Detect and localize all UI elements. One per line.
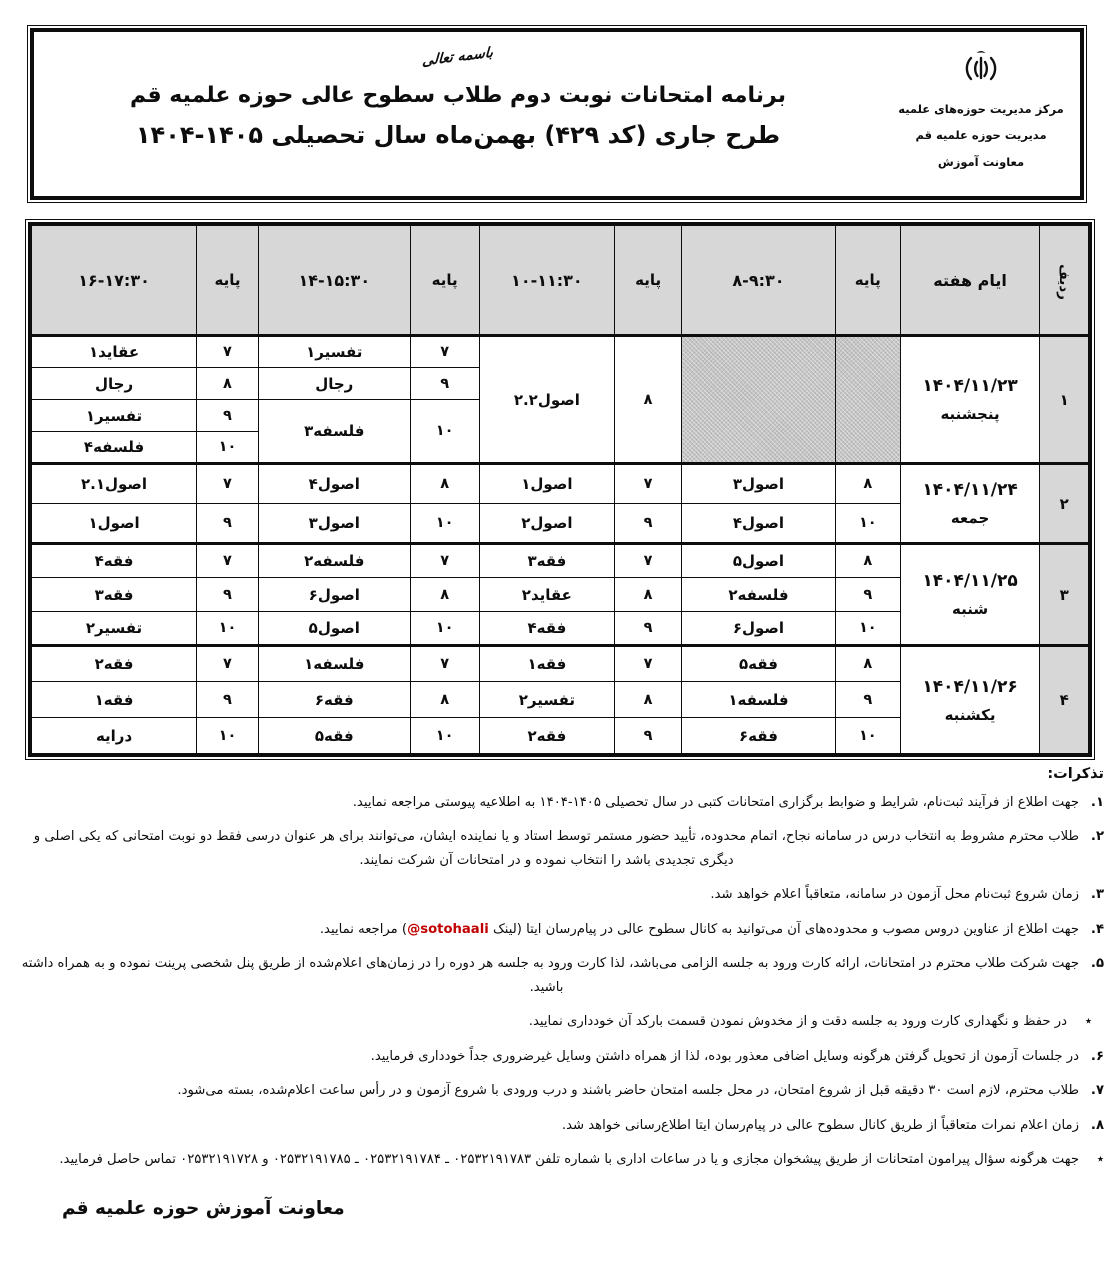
grade-cell: ۸ bbox=[835, 646, 900, 682]
grade-cell: ۱۰ bbox=[197, 612, 259, 646]
note-item: ٭جهت هرگونه سؤال پیرامون امتحانات از طری… bbox=[14, 1150, 1104, 1170]
note-text: جهت شرکت طلاب محترم در امتحانات، ارائه ک… bbox=[14, 954, 1079, 998]
grade-cell: ۷ bbox=[410, 544, 479, 578]
header-days: ایام هفته bbox=[900, 226, 1040, 336]
exam-subject-cell: فلسفه۲ bbox=[682, 578, 836, 612]
exam-subject-cell: فقه۵ bbox=[682, 646, 836, 682]
row-number-cell: ۴ bbox=[1040, 646, 1089, 754]
note-text: زمان اعلام نمرات متعاقباً از طریق کانال … bbox=[14, 1116, 1079, 1136]
grade-cell: ۹ bbox=[197, 578, 259, 612]
exam-subject-cell: فقه۳ bbox=[32, 578, 197, 612]
exam-subject-cell: اصول۲.۱ bbox=[32, 464, 197, 504]
header-grade-4: پایه bbox=[197, 226, 259, 336]
header-time-16-1730: ۱۶-۱۷:۳۰ bbox=[32, 226, 197, 336]
note-marker: ۱. bbox=[1088, 793, 1104, 813]
blocked-slot-cell bbox=[682, 336, 836, 464]
exam-subject-cell: فلسفه۱ bbox=[258, 646, 410, 682]
schedule-subrow: ۲۱۴۰۴/۱۱/۲۴جمعه۸اصول۳۷اصول۱۸اصول۴۷اصول۲.… bbox=[32, 464, 1089, 504]
note-item: ۷.طلاب محترم، لازم است ۳۰ دقیقه قبل از ش… bbox=[14, 1081, 1104, 1101]
grade-cell: ۱۰ bbox=[410, 400, 479, 464]
notes-heading: تذکرات: bbox=[14, 766, 1104, 782]
exam-schedule-table-wrap: ردیف ایام هفته پایه ۸-۹:۳۰ پایه ۱۰-۱۱:۳۰… bbox=[28, 222, 1092, 757]
note-item: ۲.طلاب محترم مشروط به انتخاب درس در ساما… bbox=[14, 827, 1104, 871]
schedule-subrow: ۳۱۴۰۴/۱۱/۲۵شنبه۸اصول۵۷فقه۳۷فلسفه۲۷فقه۴ bbox=[32, 544, 1089, 578]
note-marker: ۲. bbox=[1088, 827, 1104, 847]
date-cell: ۱۴۰۴/۱۱/۲۴جمعه bbox=[900, 464, 1040, 544]
exam-subject-cell: فقه۲ bbox=[32, 646, 197, 682]
header-time-10-1130: ۱۰-۱۱:۳۰ bbox=[479, 226, 615, 336]
grade-cell: ۹ bbox=[615, 612, 682, 646]
exam-subject-cell: اصول۱ bbox=[479, 464, 615, 504]
exam-subject-cell: تفسیر۲ bbox=[32, 612, 197, 646]
exam-subject-cell: اصول۵ bbox=[258, 612, 410, 646]
header-grade-2: پایه bbox=[615, 226, 682, 336]
grade-cell: ۸ bbox=[615, 682, 682, 718]
exam-subject-cell: تفسیر۱ bbox=[32, 400, 197, 432]
date-cell: ۱۴۰۴/۱۱/۲۵شنبه bbox=[900, 544, 1040, 646]
grade-cell: ۹ bbox=[835, 682, 900, 718]
note-marker: ٭ bbox=[1076, 1012, 1092, 1032]
grade-cell: ۷ bbox=[615, 464, 682, 504]
grade-cell: ۸ bbox=[410, 682, 479, 718]
grade-cell: ۸ bbox=[197, 368, 259, 400]
exam-subject-cell: اصول۶ bbox=[258, 578, 410, 612]
header-time-8-930: ۸-۹:۳۰ bbox=[682, 226, 836, 336]
grade-cell: ۱۰ bbox=[410, 718, 479, 754]
note-item: ۸.زمان اعلام نمرات متعاقباً از طریق کانا… bbox=[14, 1116, 1104, 1136]
schedule-subrow: ۱۱۴۰۴/۱۱/۲۳پنجشنبه۸اصول۲.۲۷تفسیر۱۷عقاید۱ bbox=[32, 336, 1089, 368]
grade-cell: ۱۰ bbox=[197, 718, 259, 754]
row-number-cell: ۳ bbox=[1040, 544, 1089, 646]
note-marker: ۵. bbox=[1088, 954, 1104, 974]
exam-subject-cell: فلسفه۱ bbox=[682, 682, 836, 718]
exam-subject-cell: اصول۱ bbox=[32, 504, 197, 544]
grade-cell: ۷ bbox=[410, 336, 479, 368]
note-marker: ۷. bbox=[1088, 1081, 1104, 1101]
note-item: ۱.جهت اطلاع از فرآیند ثبت‌نام، شرایط و ض… bbox=[14, 793, 1104, 813]
table-header-row: ردیف ایام هفته پایه ۸-۹:۳۰ پایه ۱۰-۱۱:۳۰… bbox=[32, 226, 1089, 336]
sotohaali-link[interactable]: @sotohaali bbox=[407, 922, 489, 937]
grade-cell: ۹ bbox=[410, 368, 479, 400]
grade-cell: ۱۰ bbox=[410, 612, 479, 646]
grade-cell: ۹ bbox=[197, 504, 259, 544]
exam-subject-cell: فقه۶ bbox=[258, 682, 410, 718]
grade-cell: ۷ bbox=[615, 544, 682, 578]
note-text: جهت اطلاع از عناوین دروس مصوب و محدوده‌ه… bbox=[14, 920, 1079, 940]
exam-subject-cell: فلسفه۴ bbox=[32, 432, 197, 464]
note-marker: ۸. bbox=[1088, 1116, 1104, 1136]
exam-subject-cell: رجال bbox=[32, 368, 197, 400]
exam-subject-cell: عقاید۱ bbox=[32, 336, 197, 368]
grade-cell: ۹ bbox=[835, 578, 900, 612]
grade-cell: ۷ bbox=[410, 646, 479, 682]
note-marker: ۳. bbox=[1088, 885, 1104, 905]
note-text: در جلسات آزمون از تحویل گرفتن هرگونه وسا… bbox=[14, 1047, 1079, 1067]
org-line-3: معاونت آموزش bbox=[938, 149, 1024, 175]
header-grade-1: پایه bbox=[835, 226, 900, 336]
grade-cell: ۱۰ bbox=[410, 504, 479, 544]
exam-subject-cell: فقه۶ bbox=[682, 718, 836, 754]
blocked-grade-cell bbox=[835, 336, 900, 464]
note-text: در حفظ و نگهداری کارت ورود به جلسه دقت و… bbox=[14, 1012, 1067, 1032]
exam-subject-cell: اصول۲ bbox=[479, 504, 615, 544]
exam-subject-cell: فقه۴ bbox=[32, 544, 197, 578]
note-text: زمان شروع ثبت‌نام محل آزمون در سامانه، م… bbox=[14, 885, 1079, 905]
grade-cell: ۸ bbox=[615, 336, 682, 464]
note-text: جهت هرگونه سؤال پیرامون امتحانات از طریق… bbox=[14, 1150, 1079, 1170]
grade-cell: ۷ bbox=[197, 336, 259, 368]
exam-subject-cell: فقه۴ bbox=[479, 612, 615, 646]
grade-cell: ۷ bbox=[615, 646, 682, 682]
grade-cell: ۹ bbox=[197, 400, 259, 432]
org-line-2: مدیریت حوزه علمیه قم bbox=[915, 122, 1046, 148]
header-row-no: ردیف bbox=[1040, 226, 1089, 336]
row-number-cell: ۲ bbox=[1040, 464, 1089, 544]
grade-cell: ۸ bbox=[835, 464, 900, 504]
exam-subject-cell: فقه۱ bbox=[479, 646, 615, 682]
grade-cell: ۱۰ bbox=[835, 612, 900, 646]
document-subtitle: طرح جاری (کد ۴۲۹) بهمن‌ماه سال تحصیلی ۱۴… bbox=[34, 121, 882, 149]
grade-cell: ۱۰ bbox=[835, 718, 900, 754]
note-text: طلاب محترم مشروط به انتخاب درس در سامانه… bbox=[14, 827, 1079, 871]
exam-subject-cell: فلسفه۳ bbox=[258, 400, 410, 464]
grade-cell: ۸ bbox=[410, 464, 479, 504]
note-text: جهت اطلاع از فرآیند ثبت‌نام، شرایط و ضوا… bbox=[14, 793, 1079, 813]
grade-cell: ۷ bbox=[197, 646, 259, 682]
note-item: ۳.زمان شروع ثبت‌نام محل آزمون در سامانه،… bbox=[14, 885, 1104, 905]
exam-subject-cell: اصول۲.۲ bbox=[479, 336, 615, 464]
date-cell: ۱۴۰۴/۱۱/۲۳پنجشنبه bbox=[900, 336, 1040, 464]
header-grade-3: پایه bbox=[410, 226, 479, 336]
exam-subject-cell: عقاید۲ bbox=[479, 578, 615, 612]
document-title: برنامه امتحانات نوبت دوم طلاب سطوح عالی … bbox=[34, 83, 882, 108]
exam-subject-cell: فقه۲ bbox=[479, 718, 615, 754]
header-time-14-1530: ۱۴-۱۵:۳۰ bbox=[258, 226, 410, 336]
exam-subject-cell: رجال bbox=[258, 368, 410, 400]
exam-schedule-table: ردیف ایام هفته پایه ۸-۹:۳۰ پایه ۱۰-۱۱:۳۰… bbox=[31, 225, 1089, 754]
exam-subject-cell: فلسفه۲ bbox=[258, 544, 410, 578]
note-text: طلاب محترم، لازم است ۳۰ دقیقه قبل از شرو… bbox=[14, 1081, 1079, 1101]
exam-schedule-document: { "letterhead": { "besmele": "باسمه تعال… bbox=[0, 0, 1120, 1280]
exam-subject-cell: فقه۱ bbox=[32, 682, 197, 718]
grade-cell: ۹ bbox=[615, 718, 682, 754]
grade-cell: ۸ bbox=[835, 544, 900, 578]
note-marker: ۶. bbox=[1088, 1047, 1104, 1067]
note-marker: ۴. bbox=[1088, 920, 1104, 940]
organization-block: مرکز مدیریت حوزه‌های علمیه مدیریت حوزه ع… bbox=[882, 32, 1080, 196]
date-cell: ۱۴۰۴/۱۱/۲۶یکشنبه bbox=[900, 646, 1040, 754]
note-item: ۴.جهت اطلاع از عناوین دروس مصوب و محدوده… bbox=[14, 920, 1104, 940]
iran-emblem-icon bbox=[961, 46, 1001, 88]
exam-subject-cell: اصول۶ bbox=[682, 612, 836, 646]
exam-subject-cell: درایه bbox=[32, 718, 197, 754]
exam-subject-cell: فقه۳ bbox=[479, 544, 615, 578]
note-item: ٭در حفظ و نگهداری کارت ورود به جلسه دقت … bbox=[14, 1012, 1104, 1032]
exam-subject-cell: اصول۴ bbox=[258, 464, 410, 504]
grade-cell: ۸ bbox=[615, 578, 682, 612]
grade-cell: ۱۰ bbox=[835, 504, 900, 544]
exam-subject-cell: تفسیر۱ bbox=[258, 336, 410, 368]
notes-section: تذکرات: ۱.جهت اطلاع از فرآیند ثبت‌نام، ش… bbox=[14, 766, 1104, 1184]
row-number-cell: ۱ bbox=[1040, 336, 1089, 464]
exam-subject-cell: اصول۳ bbox=[682, 464, 836, 504]
signature: معاونت آموزش حوزه علمیه قم bbox=[62, 1198, 345, 1219]
exam-subject-cell: تفسیر۲ bbox=[479, 682, 615, 718]
grade-cell: ۷ bbox=[197, 544, 259, 578]
org-line-1: مرکز مدیریت حوزه‌های علمیه bbox=[898, 96, 1064, 122]
letterhead-box: مرکز مدیریت حوزه‌های علمیه مدیریت حوزه ع… bbox=[30, 28, 1084, 200]
note-item: ۶.در جلسات آزمون از تحویل گرفتن هرگونه و… bbox=[14, 1047, 1104, 1067]
note-item: ۵.جهت شرکت طلاب محترم در امتحانات، ارائه… bbox=[14, 954, 1104, 998]
exam-subject-cell: اصول۳ bbox=[258, 504, 410, 544]
grade-cell: ۹ bbox=[615, 504, 682, 544]
grade-cell: ۱۰ bbox=[197, 432, 259, 464]
bismillah-calligraphy: باسمه تعالی bbox=[422, 45, 494, 70]
exam-subject-cell: اصول۵ bbox=[682, 544, 836, 578]
schedule-subrow: ۴۱۴۰۴/۱۱/۲۶یکشنبه۸فقه۵۷فقه۱۷فلسفه۱۷فقه۲ bbox=[32, 646, 1089, 682]
title-block: باسمه تعالی برنامه امتحانات نوبت دوم طلا… bbox=[34, 32, 882, 196]
exam-subject-cell: اصول۴ bbox=[682, 504, 836, 544]
note-marker: ٭ bbox=[1088, 1150, 1104, 1170]
grade-cell: ۸ bbox=[410, 578, 479, 612]
exam-subject-cell: فقه۵ bbox=[258, 718, 410, 754]
grade-cell: ۹ bbox=[197, 682, 259, 718]
grade-cell: ۷ bbox=[197, 464, 259, 504]
